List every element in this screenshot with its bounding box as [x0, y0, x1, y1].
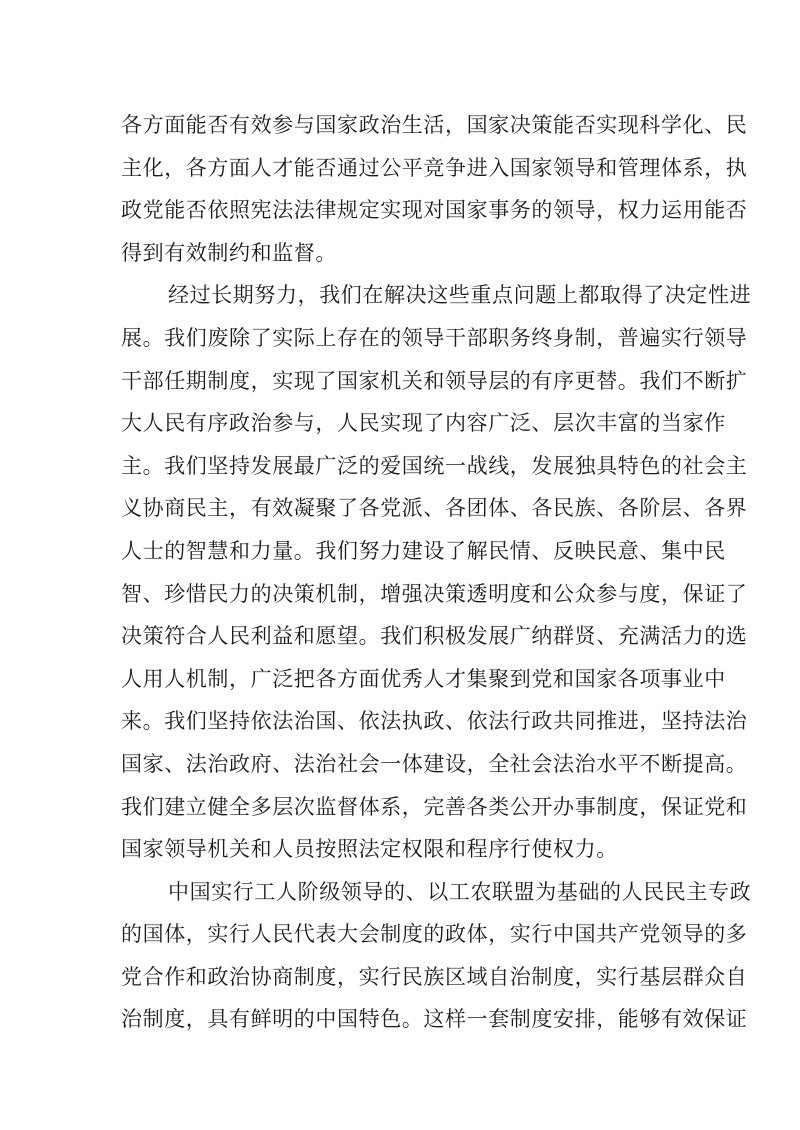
text-line: 义协商民主，有效凝聚了各党派、各团体、各民族、各阶层、各界 — [121, 487, 669, 530]
text-line: 国家、法治政府、法治社会一体建设，全社会法治水平不断提高。 — [121, 743, 669, 786]
text-line: 经过长期努力，我们在解决这些重点问题上都取得了决定性进 — [121, 274, 669, 317]
text-line: 来。我们坚持依法治国、依法执政、依法行政共同推进，坚持法治 — [121, 700, 669, 743]
text-line: 各方面能否有效参与国家政治生活，国家决策能否实现科学化、民 — [121, 104, 669, 147]
text-line: 得到有效制约和监督。 — [121, 232, 669, 275]
text-line: 大人民有序政治参与，人民实现了内容广泛、层次丰富的当家作 — [121, 402, 669, 445]
text-line: 中国实行工人阶级领导的、以工农联盟为基础的人民民主专政 — [121, 871, 669, 914]
text-line: 的国体，实行人民代表大会制度的政体，实行中国共产党领导的多 — [121, 913, 669, 956]
text-line: 干部任期制度，实现了国家机关和领导层的有序更替。我们不断扩 — [121, 360, 669, 403]
text-line: 我们建立健全多层次监督体系，完善各类公开办事制度，保证党和 — [121, 786, 669, 829]
text-line: 政党能否依照宪法法律规定实现对国家事务的领导，权力运用能否 — [121, 189, 669, 232]
text-line: 党合作和政治协商制度，实行民族区域自治制度，实行基层群众自 — [121, 956, 669, 999]
text-line: 主。我们坚持发展最广泛的爱国统一战线，发展独具特色的社会主 — [121, 445, 669, 488]
text-line: 展。我们废除了实际上存在的领导干部职务终身制，普遍实行领导 — [121, 317, 669, 360]
text-line: 人用人机制，广泛把各方面优秀人才集聚到党和国家各项事业中 — [121, 658, 669, 701]
text-line: 决策符合人民利益和愿望。我们积极发展广纳群贤、充满活力的选 — [121, 615, 669, 658]
document-page: 各方面能否有效参与国家政治生活，国家决策能否实现科学化、民 主化，各方面人才能否… — [121, 104, 669, 1041]
paragraph-3: 中国实行工人阶级领导的、以工农联盟为基础的人民民主专政 的国体，实行人民代表大会… — [121, 871, 669, 1041]
paragraph-2: 经过长期努力，我们在解决这些重点问题上都取得了决定性进 展。我们废除了实际上存在… — [121, 274, 669, 870]
paragraph-1: 各方面能否有效参与国家政治生活，国家决策能否实现科学化、民 主化，各方面人才能否… — [121, 104, 669, 274]
text-line: 国家领导机关和人员按照法定权限和程序行使权力。 — [121, 828, 669, 871]
text-line: 主化，各方面人才能否通过公平竞争进入国家领导和管理体系，执 — [121, 147, 669, 190]
text-line: 治制度，具有鲜明的中国特色。这样一套制度安排，能够有效保证 — [121, 998, 669, 1041]
text-line: 人士的智慧和力量。我们努力建设了解民情、反映民意、集中民 — [121, 530, 669, 573]
text-line: 智、珍惜民力的决策机制，增强决策透明度和公众参与度，保证了 — [121, 573, 669, 616]
